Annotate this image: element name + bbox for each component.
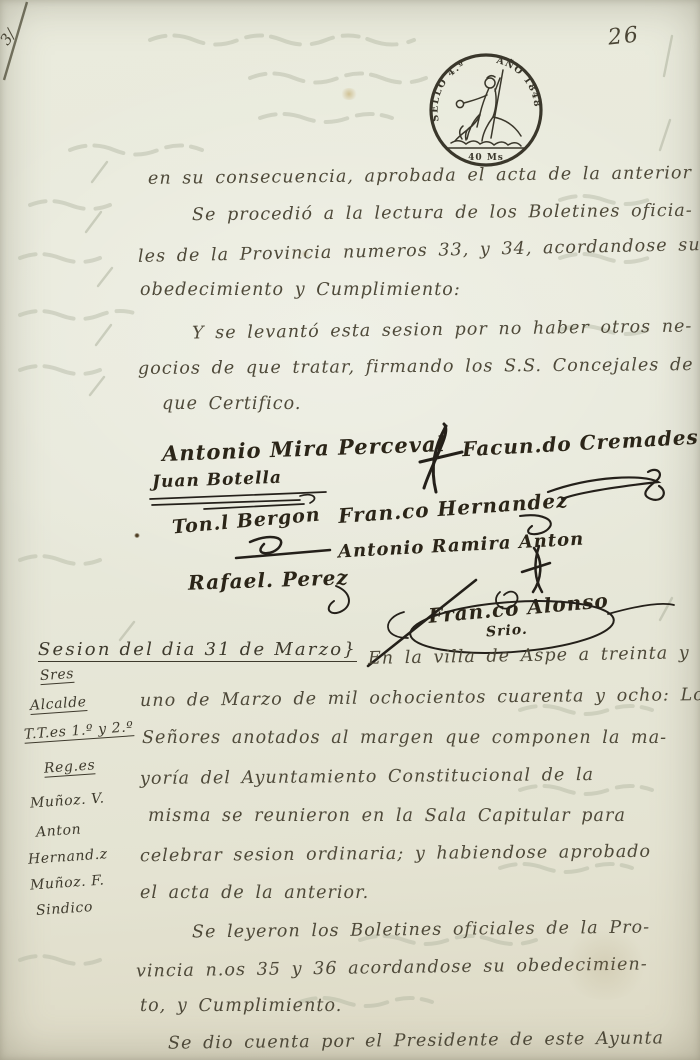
revenue-stamp: SELLO 4.º AÑO 1848 40 Ms (427, 51, 545, 169)
corner-mark: 3/ (0, 27, 19, 48)
signature-hernandez: Fran.co Hernandez (338, 490, 569, 526)
margin-note-anton: Anton (36, 822, 82, 839)
rubric-rafael-perez (329, 586, 349, 613)
manuscript-line: gocios de que tratar, firmando los S.S. … (138, 357, 694, 378)
margin-note-munoz-v: Muñoz. V. (30, 791, 105, 810)
manuscript-line: to, y Cumplimiento. (140, 998, 342, 1016)
stamp-series-text: SELLO 4.º (429, 59, 467, 123)
manuscript-line: Y se levantó esta sesion por no haber ot… (192, 319, 693, 343)
paper-stain (340, 88, 358, 100)
signature-cremades: Facun.do Cremades (462, 427, 700, 459)
manuscript-line: el acta de la anterior. (140, 885, 369, 903)
signature-bergon: Ton.l Bergon (171, 506, 321, 538)
manuscript-line: que Certifico. (162, 396, 302, 414)
signature-secretary-title: Srio. (486, 623, 529, 640)
margin-note-munoz-f: Muñoz. F. (30, 873, 105, 892)
seated-allegory-icon (451, 70, 521, 146)
margin-note-sres: Sres (39, 667, 74, 685)
signature-ramira-anton: Antonio Ramira Anton (338, 531, 585, 562)
ink-blot (134, 533, 140, 538)
manuscript-line: les de la Provincia numeros 33, y 34, ac… (138, 237, 700, 266)
paper-speck (300, 250, 310, 258)
signature-mira-perceval: Antonio Mira Perceval (162, 433, 446, 464)
stamp-value-text: 40 Ms (468, 153, 504, 163)
manuscript-line: En la villa de Aspe a treinta y (368, 645, 690, 668)
manuscript-line: celebrar sesion ordinaria; y habiendose … (140, 844, 651, 866)
margin-note-regidores: Reg.es (44, 758, 96, 778)
paper-stain (560, 930, 650, 1000)
margin-note-alcalde: Alcalde (30, 695, 88, 715)
margin-note-hernandez: Hernand.z (28, 847, 109, 867)
manuscript-line: Se procedió a la lectura de los Boletine… (192, 203, 693, 225)
manuscript-line: Se dio cuenta por el Presidente de este … (168, 1030, 664, 1053)
manuscript-line: en su consecuencia, aprobada el acta de … (148, 165, 692, 188)
margin-note-sindico: Sindico (36, 900, 94, 918)
manuscript-line: misma se reunieron en la Sala Capitular … (148, 808, 626, 826)
manuscript-line: yoría del Ayuntamiento Constitucional de… (140, 767, 594, 788)
svg-text:SELLO 4.º: SELLO 4.º (429, 59, 467, 123)
signature-rafael-perez: Rafael. Perez (188, 567, 349, 593)
session-heading: Sesion del dia 31 de Marzo} (38, 641, 357, 662)
signature-botella: Juan Botella (152, 470, 283, 492)
manuscript-line: uno de Marzo de mil ochocientos cuarenta… (140, 687, 700, 711)
folio-number: 26 (607, 24, 641, 49)
rubric-bergon (236, 537, 330, 558)
margin-note-tenientes: T.T.es 1.º y 2.º (24, 720, 135, 744)
manuscript-line: obedecimiento y Cumplimiento: (140, 282, 461, 300)
signature-alonso: Fran.co Alonso (427, 590, 609, 626)
manuscript-page: 3/ 26 SELLO 4.º AÑO 1848 40 (0, 0, 700, 1060)
manuscript-line: Señores anotados al margen que componen … (142, 730, 667, 748)
